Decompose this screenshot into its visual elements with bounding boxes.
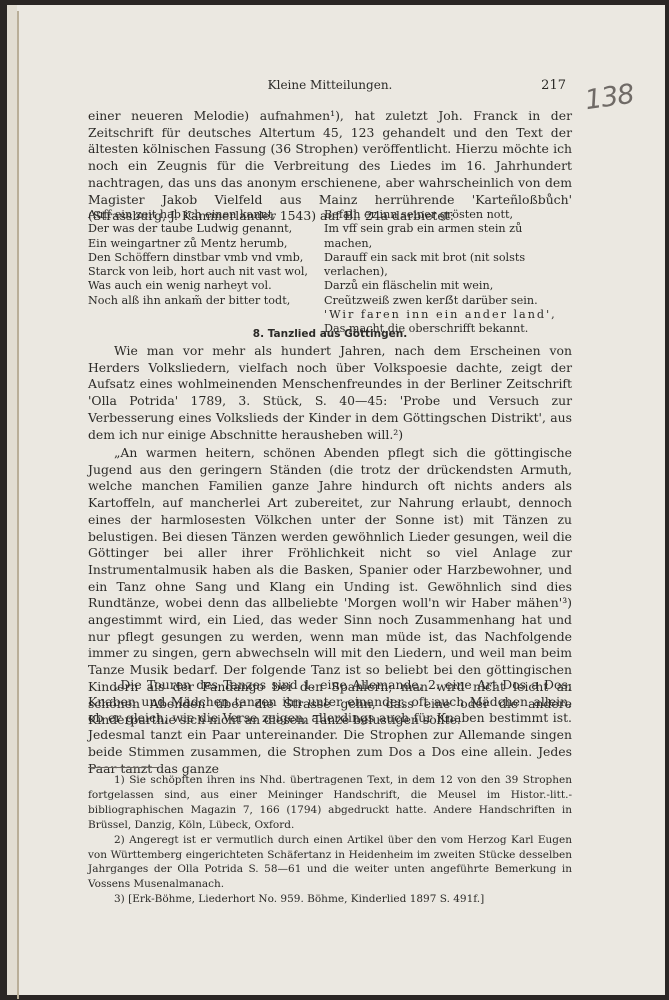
page-number: 217 xyxy=(541,78,566,93)
verse-quotation: Auff ein zeit hab ich einen kannt, Der w… xyxy=(88,208,572,337)
verse-line: Darzů ein fläschelin mit wein, xyxy=(324,279,572,293)
footnote: 2) Angeregt ist er vermutlich durch eine… xyxy=(88,833,572,893)
verse-column-right: Befalh er inn seiner grösten nott, Im vf… xyxy=(324,208,572,337)
verse-line: Befalh er inn seiner grösten nott, xyxy=(324,208,572,222)
verse-line: Ein weingartner zů Mentz herumb, xyxy=(88,237,324,251)
footnote-separator xyxy=(88,767,158,768)
verse-line: Noch alß ihn ankam̃ der bitter todt, xyxy=(88,294,324,308)
footnote: 3) [Erk-Böhme, Liederhort No. 959. Böhme… xyxy=(88,892,572,907)
verse-line: Darauff ein sack mit brot (nit solsts ve… xyxy=(324,251,572,280)
verse-line: Auff ein zeit hab ich einen kannt, xyxy=(88,208,324,222)
verse-line: Creũtzweiß zwen kerẞt darüber sein. xyxy=(324,294,572,308)
verse-line: Der was der taube Ludwig genannt, xyxy=(88,222,324,236)
running-title: Kleine Mitteilungen. xyxy=(88,78,572,92)
verse-line: Starck von leib, hort auch nit vast wol, xyxy=(88,265,324,279)
binding-gutter-line xyxy=(17,11,19,999)
verse-line: Was auch ein wenig narheyt vol. xyxy=(88,279,324,293)
verse-column-left: Auff ein zeit hab ich einen kannt, Der w… xyxy=(88,208,324,337)
body-paragraph: Wie man vor mehr als hundert Jahren, nac… xyxy=(88,343,572,443)
verse-line: 'Wir faren inn ein ander land', xyxy=(324,308,572,322)
footnotes: 1) Sie schöpften ihren ins Nhd. übertrag… xyxy=(88,773,572,907)
footnote: 1) Sie schöpften ihren ins Nhd. übertrag… xyxy=(88,773,572,833)
body-paragraph: „Die Touren des Tanzes sind 1. eine Alle… xyxy=(88,677,572,777)
section-heading: 8. Tanzlied aus Göttingen. xyxy=(88,326,572,343)
verse-line: Den Schöffern dinstbar vmb vnd vmb, xyxy=(88,251,324,265)
gutter-shade xyxy=(7,5,17,995)
verse-line: Im vff sein grab ein armen stein zů mach… xyxy=(324,222,572,251)
